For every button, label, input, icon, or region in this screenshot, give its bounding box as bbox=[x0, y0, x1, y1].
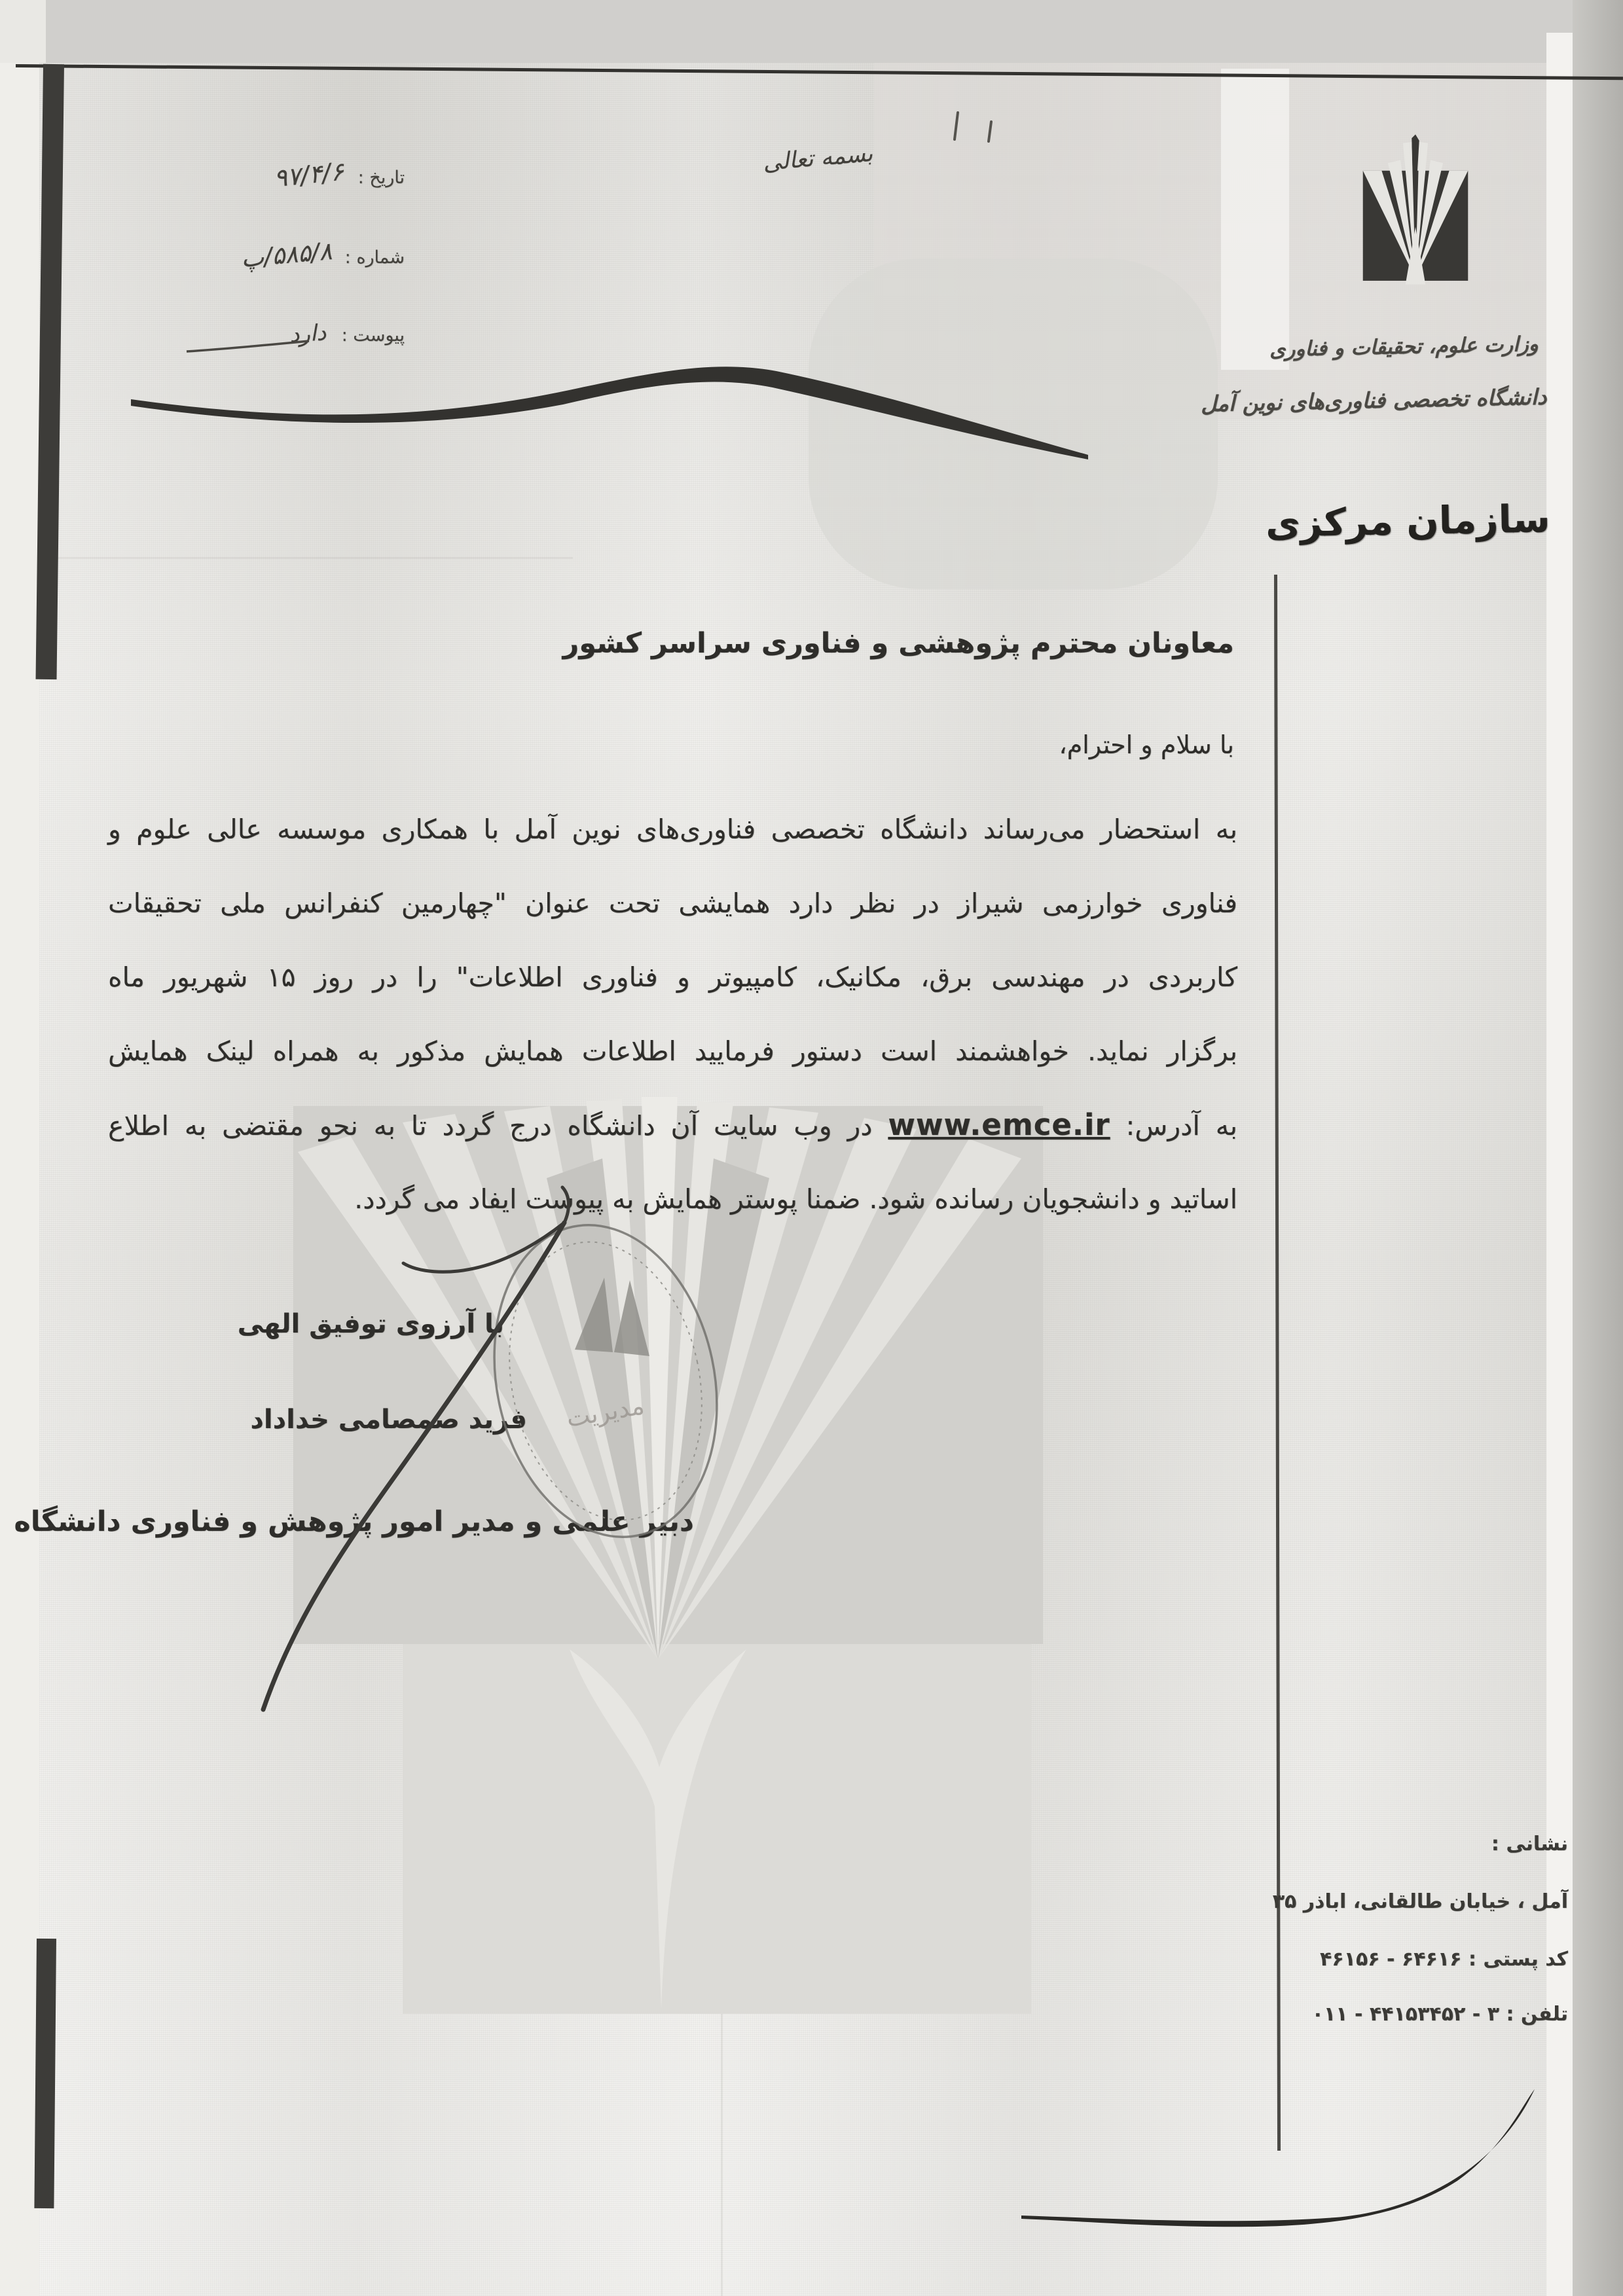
body-line-4: برگزار نماید. خواهشمند است دستور فرمایید… bbox=[108, 1035, 1237, 1067]
binder-bar-bottom bbox=[34, 1939, 56, 2208]
fan-book-logo bbox=[1359, 131, 1472, 288]
phone-line: تلفن : ۳ - ۴۴۱۵۳۴۵۲ - ۰۱۱ bbox=[1312, 2003, 1568, 2026]
salutation-line: با سلام و احترام، bbox=[1059, 730, 1234, 759]
university-watermark-logo bbox=[288, 1073, 1048, 2049]
scan-left-margin bbox=[0, 63, 39, 2296]
signature-title: دبیر علمی و مدیر امور پژوهش و فناوری دان… bbox=[14, 1505, 694, 1538]
field-date: تاریخ : ۹۷/۴/۶ bbox=[274, 160, 405, 189]
scan-white-band bbox=[1221, 69, 1289, 370]
bismillah-handwritten: بسمه تعالی bbox=[762, 141, 874, 177]
scan-gray-blob bbox=[809, 259, 1218, 589]
body-line-1: به استحضار می‌رساند دانشگاه تخصصی فناوری… bbox=[108, 814, 1237, 845]
postal-code-line: کد پستی : ۶۴۶۱۶ - ۴۶۱۵۶ bbox=[1320, 1948, 1568, 1971]
margin-divider-line bbox=[1274, 575, 1281, 2151]
address-label: نشانی : bbox=[1491, 1833, 1568, 1856]
addressee-line: معاونان محترم پژوهشی و فناوری سراسر کشور bbox=[563, 627, 1234, 660]
field-number: شماره : ۵۸۵/۸/پ bbox=[241, 241, 405, 269]
attachment-label: پیوست : bbox=[342, 325, 405, 346]
number-label: شماره : bbox=[345, 247, 405, 268]
number-value-handwritten: ۵۸۵/۸/پ bbox=[240, 237, 333, 273]
date-value-handwritten: ۹۷/۴/۶ bbox=[272, 157, 345, 193]
fold-crease-horizontal bbox=[39, 557, 573, 559]
organization-title: سازمان مرکزی bbox=[1266, 496, 1551, 546]
body-line-3: کاربردی در مهندسی برق، مکانیک، کامپیوتر … bbox=[108, 961, 1237, 993]
scan-top-band bbox=[0, 0, 1623, 63]
scan-top-left-corner bbox=[0, 0, 46, 63]
address-line: آمل ، خیابان طالقانی، اباذر ۳۵ bbox=[1273, 1890, 1568, 1913]
body-line-2: فناوری خوارزمی شیراز در نظر دارد همایشی … bbox=[108, 888, 1237, 919]
body-line-5-after: در وب سایت آن دانشگاه درج گردد تا به نحو… bbox=[108, 1110, 888, 1141]
binder-bar-top bbox=[36, 64, 64, 679]
signature-wish: با آرزوی توفیق الهی bbox=[238, 1309, 504, 1339]
scanned-letter-page: تاریخ : ۹۷/۴/۶ شماره : ۵۸۵/۸/پ پیوست : د… bbox=[0, 0, 1623, 2296]
signature-name: فرید صمصامی خداداد bbox=[250, 1405, 527, 1435]
attachment-value-handwritten: دارد bbox=[289, 319, 327, 348]
body-line-5: به آدرس: www.emce.ir در وب سایت آن دانشگ… bbox=[108, 1107, 1237, 1142]
date-label: تاریخ : bbox=[358, 168, 405, 188]
conference-url: www.emce.ir bbox=[888, 1107, 1110, 1142]
body-line-6: اساتید و دانشجویان رسانده شود. ضمنا پوست… bbox=[108, 1183, 1237, 1215]
body-line-5-before: به آدرس: bbox=[1110, 1110, 1237, 1141]
scan-right-edge bbox=[1573, 0, 1623, 2296]
field-attachment: پیوست : دارد bbox=[289, 321, 405, 347]
